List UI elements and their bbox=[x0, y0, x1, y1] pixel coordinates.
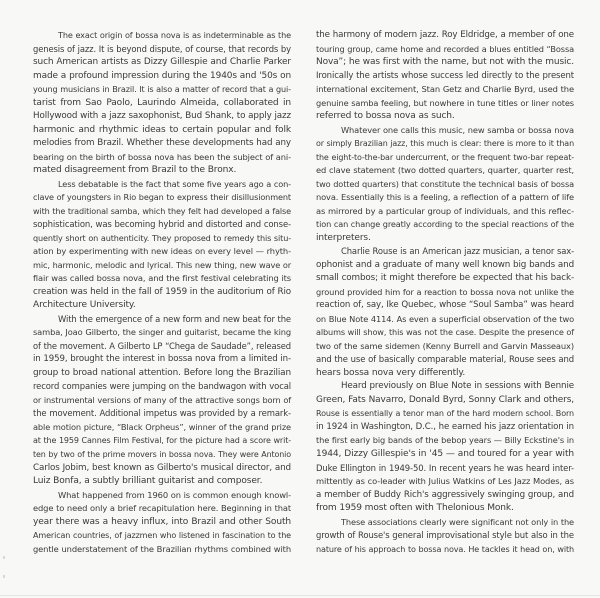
text-line: melodies from Brazil. Whether these deve… bbox=[33, 137, 291, 151]
text-line: ation by experimenting with new ideas on… bbox=[33, 245, 291, 259]
text-line: Duke Ellington in 1949-50. In recent yea… bbox=[316, 462, 574, 476]
paragraph-first-line: Charlie Rouse is an American jazz musici… bbox=[316, 245, 574, 259]
paragraph-first-line: Whatever one calls this music, new samba… bbox=[316, 124, 574, 138]
text-line: Carlos Jobim, best known as Gilberto's m… bbox=[33, 462, 291, 476]
text-line: Rouse is essentially a tenor man of the … bbox=[316, 407, 574, 421]
text-line: with the traditional samba, which they f… bbox=[33, 205, 291, 219]
text-line: 1944, Dizzy Gillespie's in '45 — and tou… bbox=[316, 448, 574, 462]
text-line: made a profound impression during the 19… bbox=[33, 70, 291, 84]
text-line: in 1924 in Washington, D.C., he earned h… bbox=[316, 421, 574, 435]
text-line: young musicians in Brazil. It is also a … bbox=[33, 83, 291, 97]
right-text-column: the harmony of modern jazz. Roy Eldridge… bbox=[316, 29, 574, 556]
text-line: American countries, of jazzmen who liste… bbox=[33, 529, 291, 543]
text-line: two dotted quarters) that constitute the… bbox=[316, 178, 574, 192]
paragraph-first-line: The exact origin of bossa nova is as ind… bbox=[33, 29, 291, 43]
text-line: ed clave statement (two dotted quarters,… bbox=[316, 164, 574, 178]
text-line: growth of Rouse's general improvisationa… bbox=[316, 529, 574, 543]
text-line: mic, harmonic, melodic and lyrical. This… bbox=[33, 259, 291, 273]
text-line: in 1959, brought the interest in bossa n… bbox=[33, 353, 291, 367]
text-line: able motion picture, “Black Orpheus”, wi… bbox=[33, 421, 291, 435]
left-text-column: The exact origin of bossa nova is as ind… bbox=[33, 29, 291, 556]
text-line: tarist from Sao Paolo, Laurindo Almeida,… bbox=[33, 97, 291, 111]
text-line: samba, Joao Gilberto, the singer and gui… bbox=[33, 326, 291, 340]
paragraph-first-line: These associations clearly were signific… bbox=[316, 516, 574, 530]
text-line: the first early big bands of the bebop y… bbox=[316, 434, 574, 448]
text-line: edge to need only a brief recapitulation… bbox=[33, 502, 291, 516]
text-line: Ironically the artists whose success led… bbox=[316, 70, 574, 84]
text-line: genesis of jazz. It is beyond dispute, o… bbox=[33, 43, 291, 57]
text-line: Hollywood with a jazz saxophonist, Bud S… bbox=[33, 110, 291, 124]
text-line: at the 1959 Cannes Film Festival, for th… bbox=[33, 434, 291, 448]
text-line: mittently as co-leader with Julius Watki… bbox=[316, 475, 574, 489]
text-line: referred to bossa nova as such. bbox=[316, 110, 574, 124]
text-line: such American artists as Dizzy Gillespie… bbox=[33, 56, 291, 70]
text-line: sophistication, was becoming hybrid and … bbox=[33, 218, 291, 232]
text-line: ophonist and a graduate of many well kno… bbox=[316, 259, 574, 273]
text-line: quently short on authenticity. They prop… bbox=[33, 232, 291, 246]
text-line: tion can change greatly according to the… bbox=[316, 218, 574, 232]
text-line: small combos; it might therefore be expe… bbox=[316, 272, 574, 286]
text-line: record companies were jumping on the ban… bbox=[33, 380, 291, 394]
text-line: ground provided him for a reaction to bo… bbox=[316, 286, 574, 300]
text-line: two of the same sidemen (Kenny Burrell a… bbox=[316, 340, 574, 354]
text-line: as mirrored by a particular group of ind… bbox=[316, 205, 574, 219]
scan-artifact-mark bbox=[3, 575, 5, 578]
text-line: international excitement, Stan Getz and … bbox=[316, 83, 574, 97]
text-line: ten by two of the prime movers in bossa … bbox=[33, 448, 291, 462]
text-line: and the use of basically comparable mate… bbox=[316, 353, 574, 367]
text-line: interpreters. bbox=[316, 232, 574, 246]
liner-notes-page: The exact origin of bossa nova is as ind… bbox=[0, 0, 600, 598]
text-line: on Blue Note 4114. As even a superficial… bbox=[316, 313, 574, 327]
text-line: year there was a heavy influx, into Braz… bbox=[33, 516, 291, 530]
page-bottom-edge bbox=[0, 595, 600, 596]
text-line: the movement. Additional impetus was pro… bbox=[33, 407, 291, 421]
text-line: the eight-to-the-bar undercurrent, or th… bbox=[316, 151, 574, 165]
text-line: a member of Buddy Rich's aggressively sw… bbox=[316, 489, 574, 503]
text-line: or simply Brazilian jazz, this much is c… bbox=[316, 137, 574, 151]
text-line: of the movement. A Gilberto LP “Chega de… bbox=[33, 340, 291, 354]
text-line: Architecture University. bbox=[33, 299, 291, 313]
text-line: touring group, came home and recorded a … bbox=[316, 43, 574, 57]
paragraph-first-line: Heard previously on Blue Note in session… bbox=[316, 380, 574, 394]
text-line: clave of youngsters in Rio began to expr… bbox=[33, 191, 291, 205]
text-line: gentle understatement of the Brazilian r… bbox=[33, 543, 291, 557]
text-line: reaction of, say, Ike Quebec, whose “Sou… bbox=[316, 299, 574, 313]
text-line: bearing on the birth of bossa nova has b… bbox=[33, 151, 291, 165]
text-line: harmonic and rhythmic ideas to certain p… bbox=[33, 124, 291, 138]
text-line: Nova”; he was first with the name, but n… bbox=[316, 56, 574, 70]
text-line: or instrumental versions of many of the … bbox=[33, 394, 291, 408]
text-line: from 1959 most often with Thelonious Mon… bbox=[316, 502, 574, 516]
scan-artifact-mark bbox=[3, 556, 5, 559]
paragraph-first-line: What happened from 1960 on is common eno… bbox=[33, 489, 291, 503]
text-line: creation was held in the fall of 1959 in… bbox=[33, 286, 291, 300]
text-line: flair was called bossa nova, and the fir… bbox=[33, 272, 291, 286]
text-line: genuine samba feeling, but nowhere in tu… bbox=[316, 97, 574, 111]
paragraph-first-line: With the emergence of a new form and new… bbox=[33, 313, 291, 327]
text-line: Luiz Bonfa, a subtly brilliant guitarist… bbox=[33, 475, 291, 489]
text-line: nova. Essentially this is a feeling, a r… bbox=[316, 191, 574, 205]
text-line: Green, Fats Navarro, Donald Byrd, Sonny … bbox=[316, 394, 574, 408]
text-line: group to broad national attention. Befor… bbox=[33, 367, 291, 381]
text-line: nature of his approach to bossa nova. He… bbox=[316, 543, 574, 557]
text-line: hears bossa nova very differently. bbox=[316, 367, 574, 381]
text-line: mated disagreement from Brazil to the Br… bbox=[33, 164, 291, 178]
text-line: albums will show, this was not the case.… bbox=[316, 326, 574, 340]
text-line: the harmony of modern jazz. Roy Eldridge… bbox=[316, 29, 574, 43]
paragraph-first-line: Less debatable is the fact that some fiv… bbox=[33, 178, 291, 192]
